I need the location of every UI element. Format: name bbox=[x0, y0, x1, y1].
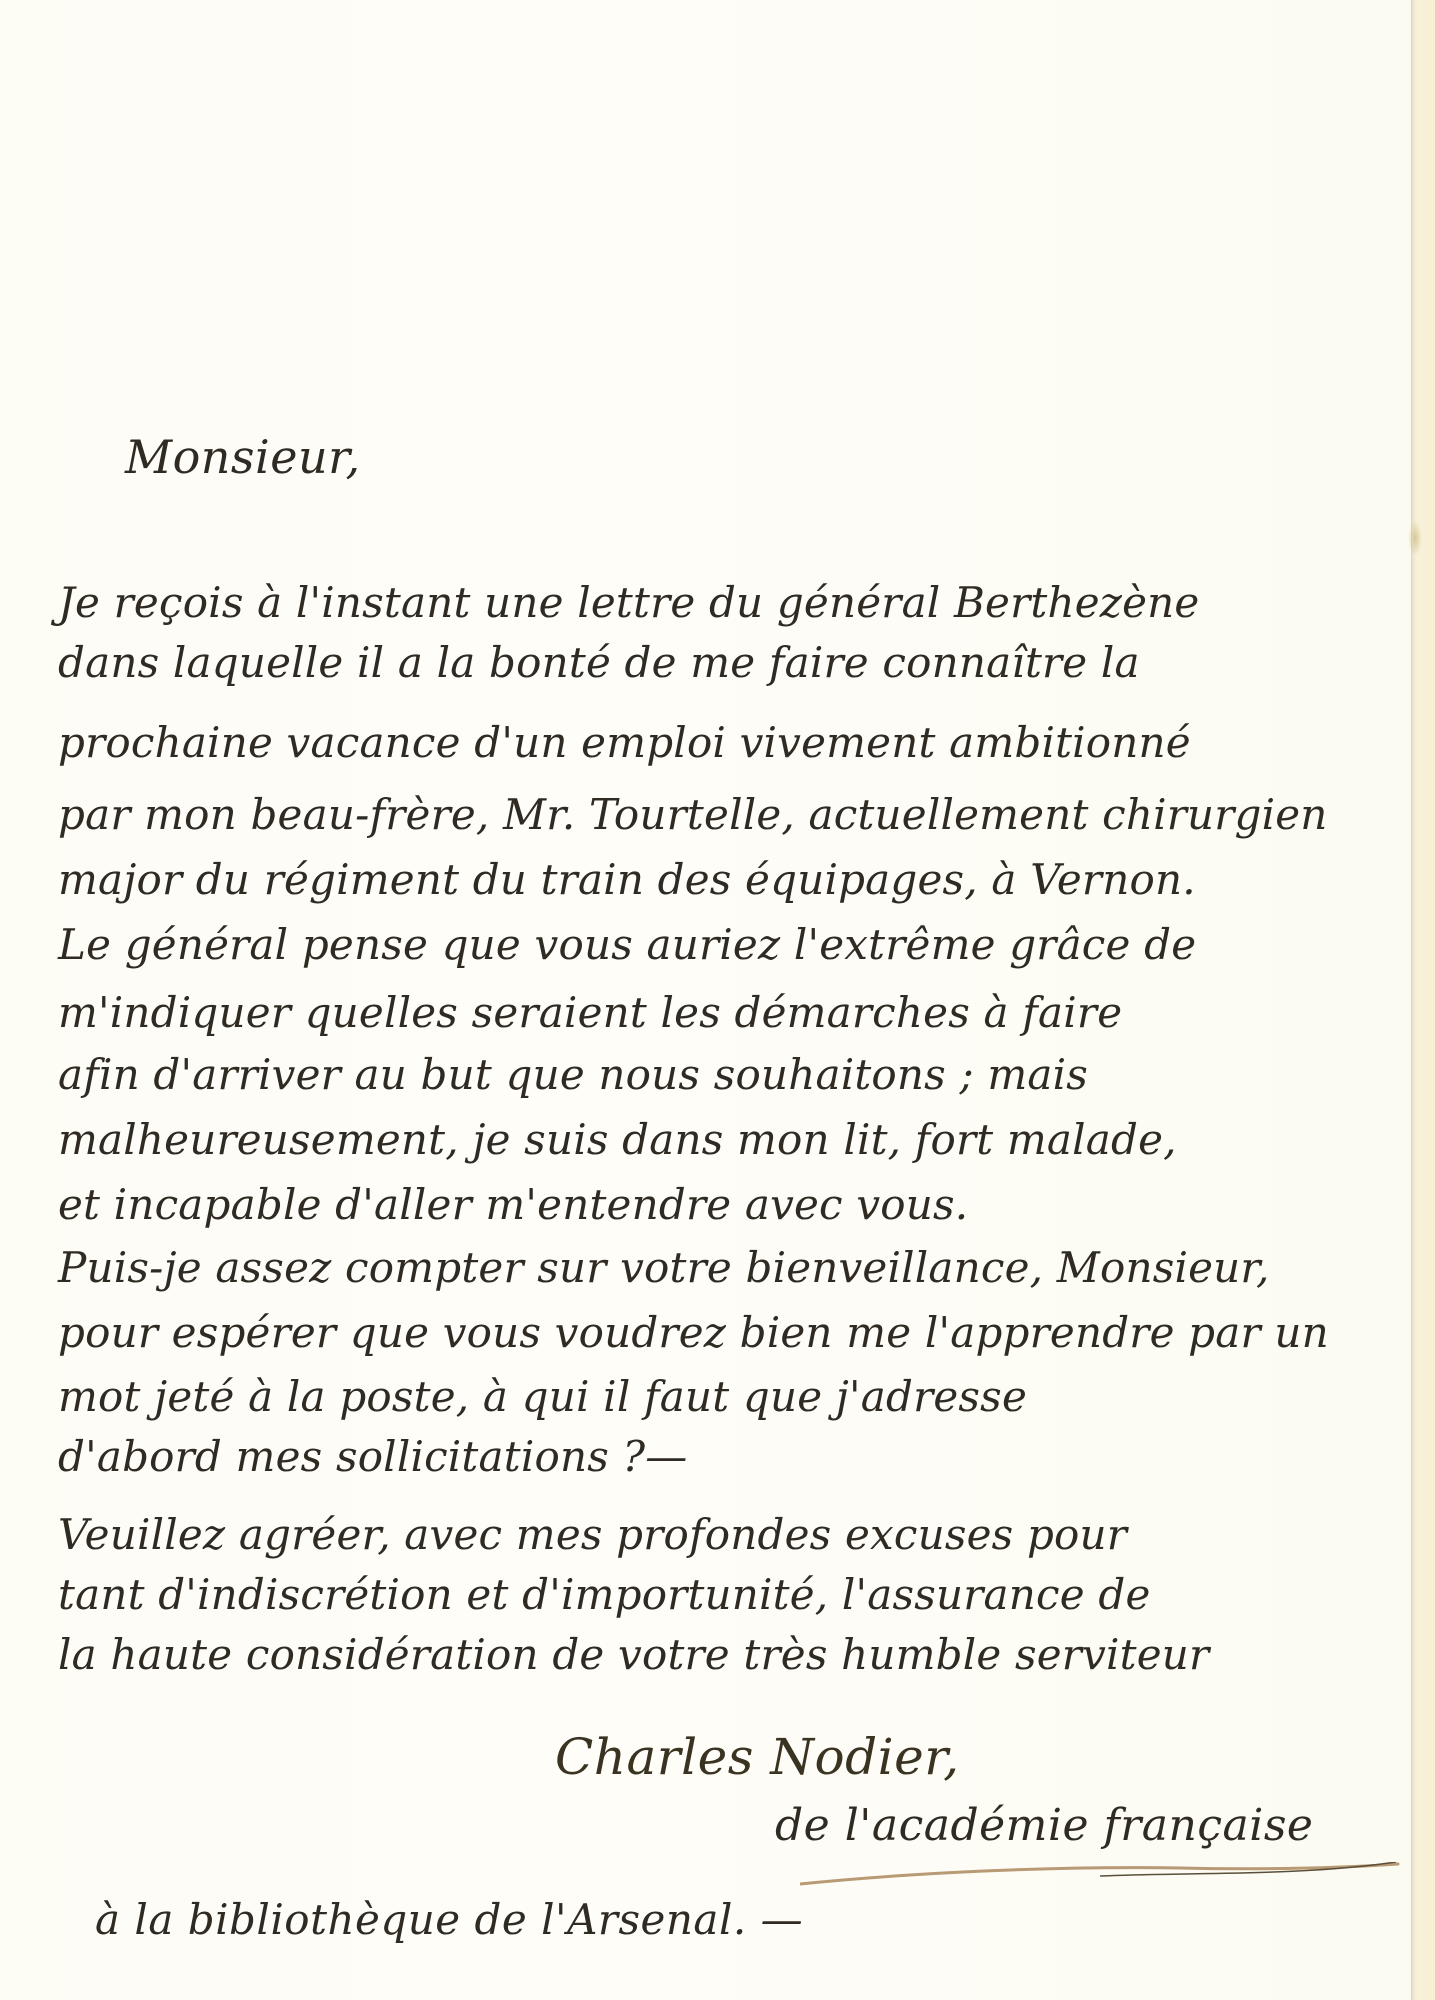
letter-line: pour espérer que vous voudrez bien me l'… bbox=[58, 1308, 1329, 1357]
letter-line: Je reçois à l'instant une lettre du géné… bbox=[58, 578, 1199, 627]
letter-line: la haute considération de votre très hum… bbox=[58, 1630, 1209, 1679]
letter-line: malheureusement, je suis dans mon lit, f… bbox=[58, 1115, 1177, 1164]
signature-title: de l'académie française bbox=[775, 1800, 1313, 1851]
letter-line: tant d'indiscrétion et d'importunité, l'… bbox=[58, 1570, 1151, 1619]
letter-line: Le général pense que vous auriez l'extrê… bbox=[58, 920, 1196, 969]
letter-page: Monsieur, Je reçois à l'instant une lett… bbox=[0, 0, 1435, 2000]
letter-line: dans laquelle il a la bonté de me faire … bbox=[58, 638, 1140, 687]
letter-line: Puis-je assez compter sur votre bienveil… bbox=[58, 1243, 1270, 1292]
paper-stain bbox=[1408, 520, 1422, 556]
letter-line: afin d'arriver au but que nous souhaiton… bbox=[58, 1050, 1088, 1099]
signature-flourish bbox=[800, 1862, 1400, 1888]
address-line: à la bibliothèque de l'Arsenal. — bbox=[95, 1895, 803, 1944]
letter-line: major du régiment du train des équipages… bbox=[58, 855, 1196, 904]
letter-line: Veuillez agréer, avec mes profondes excu… bbox=[58, 1510, 1127, 1559]
letter-line: prochaine vacance d'un emploi vivement a… bbox=[58, 718, 1191, 767]
letter-line: par mon beau-frère, Mr. Tourtelle, actue… bbox=[58, 790, 1328, 839]
signature: Charles Nodier, bbox=[555, 1728, 960, 1786]
letter-line: et incapable d'aller m'entendre avec vou… bbox=[58, 1180, 968, 1229]
letter-line: d'abord mes sollicitations ?— bbox=[58, 1432, 687, 1481]
letter-line: mot jeté à la poste, à qui il faut que j… bbox=[58, 1372, 1027, 1421]
salutation: Monsieur, bbox=[125, 430, 361, 484]
letter-line: m'indiquer quelles seraient les démarche… bbox=[58, 988, 1122, 1037]
page-edge-shadow bbox=[1411, 0, 1435, 2000]
